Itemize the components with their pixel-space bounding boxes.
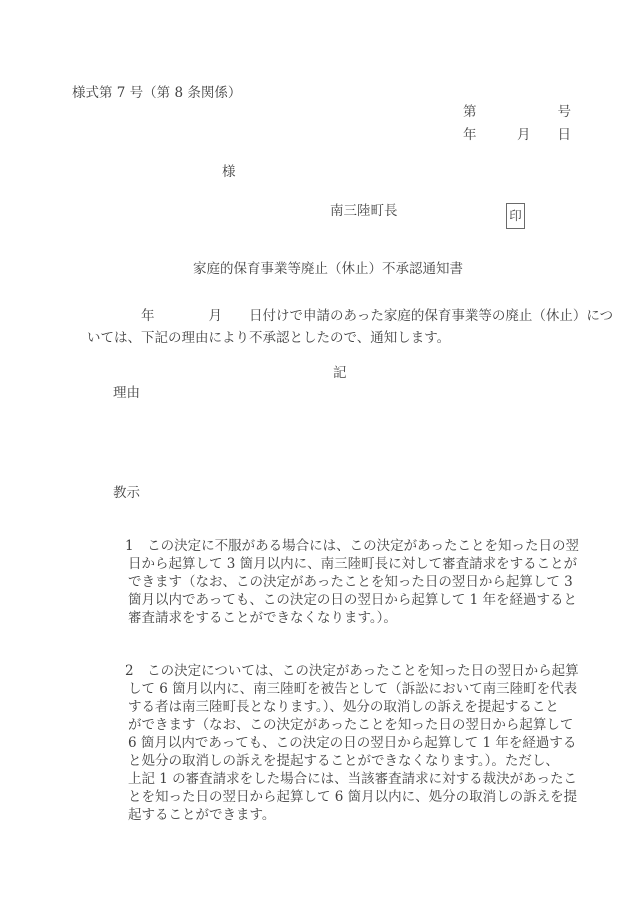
form-number: 様式第 7 号（第 8 条関係） (72, 85, 241, 103)
instruction-item-2: 2 この決定については、この決定があったことを知った日の翌日から起算 して 6 … (128, 662, 579, 824)
instruction-label: 教示 (113, 485, 140, 503)
instruction-item-1: 1 この決定に不服がある場合には、この決定があったことを知った日の翌 日から起算… (128, 537, 579, 627)
inkan-seal-character: 印 (509, 210, 522, 223)
date-line: 年 月 日 (463, 127, 571, 145)
document-page: 様式第 7 号（第 8 条関係） 第 号 年 月 日 様 南三陸町長 印 家庭的… (0, 0, 630, 915)
body-paragraph: 年 月 日付けで申請のあった家庭的保育事業等の廃止（休止）につ いては、下記の理… (87, 305, 613, 349)
addressee-honorific: 様 (222, 164, 236, 182)
document-title: 家庭的保育事業等廃止（休止）不承認通知書 (193, 261, 463, 279)
instruction-list: 1 この決定に不服がある場合には、この決定があったことを知った日の翌 日から起算… (128, 502, 579, 859)
document-number-line: 第 号 (463, 104, 571, 122)
record-marker: 記 (333, 365, 347, 383)
reason-label: 理由 (113, 385, 140, 403)
inkan-seal-box: 印 (506, 203, 525, 229)
sender-title: 南三陸町長 (330, 203, 398, 221)
